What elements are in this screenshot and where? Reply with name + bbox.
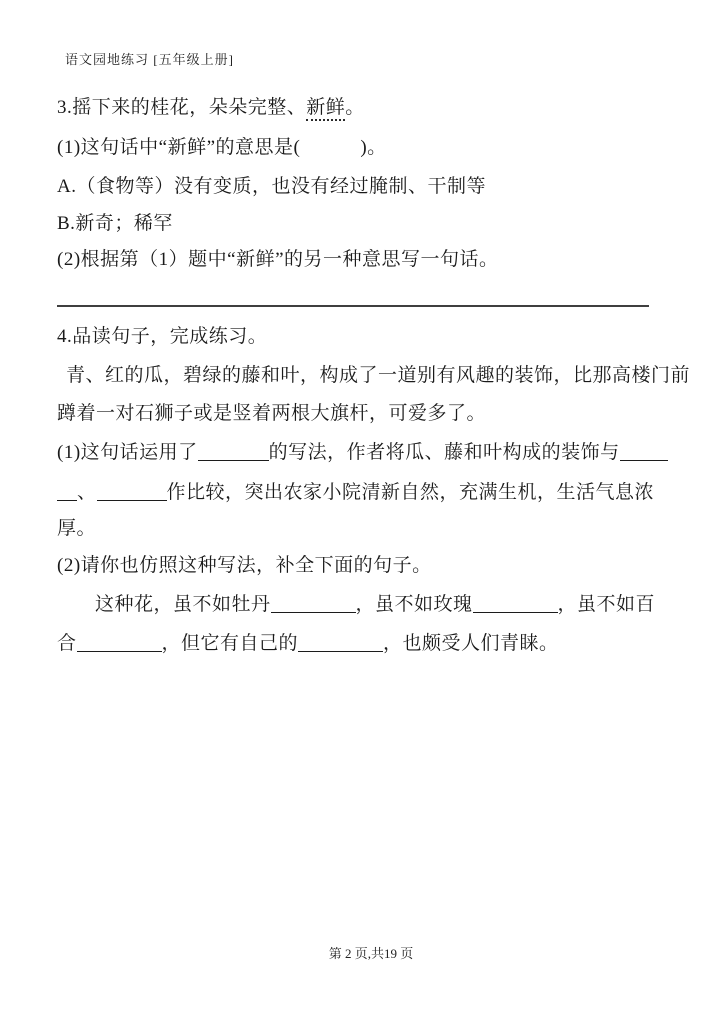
q4-sub2-text2: ，虽不如玫瑰 xyxy=(356,594,473,615)
answer-blank xyxy=(77,632,162,652)
q4-sub2-line1: 这种花，虽不如牡丹，虽不如玫瑰，虽不如百 xyxy=(95,592,655,618)
header-title: 语文园地练习 [五年级上册] xyxy=(65,52,234,67)
q3-stem-emphasized-word: 新鲜 xyxy=(306,97,345,121)
q4-quote-line1: 青、红的瓜，碧绿的藤和叶，构成了一道别有风趣的装饰，比那高楼门前 xyxy=(66,363,690,389)
worksheet-page: 语文园地练习 [五年级上册] 3.摇下来的桂花，朵朵完整、新鲜。 (1)这句话中… xyxy=(0,0,724,1024)
q3-stem-text: 3.摇下来的桂花，朵朵完整、 xyxy=(57,97,306,118)
answer-blank xyxy=(271,593,356,613)
q4-quote-line2: 蹲着一对石狮子或是竖着两根大旗杆，可爱多了。 xyxy=(57,401,486,427)
q4-sub2-intro: (2)请你也仿照这种写法，补全下面的句子。 xyxy=(57,553,432,579)
q4-sub2-intro-text: (2)请你也仿照这种写法，补全下面的句子。 xyxy=(57,555,432,576)
answer-paren-gap xyxy=(300,134,360,153)
q3-stem-period: 。 xyxy=(345,97,365,118)
q4-sub1-line3: 厚。 xyxy=(57,516,96,542)
answer-blank xyxy=(298,632,383,652)
q4-sub1-text2: 的写法，作者将瓜、藤和叶构成的装饰与 xyxy=(269,442,620,463)
q4-sub1-text1: (1)这句话运用了 xyxy=(57,442,198,463)
q4-sub1-line1: (1)这句话运用了的写法，作者将瓜、藤和叶构成的装饰与 xyxy=(57,440,668,466)
page-footer: 第 2 页,共19 页 xyxy=(18,943,724,962)
q3-sub2-text: (2)根据第（1）题中“新鲜”的另一种意思写一句话。 xyxy=(57,249,499,270)
option-b-text: B.新奇；稀罕 xyxy=(57,213,173,234)
q4-sub2-line2: 合，但它有自己的，也颇受人们青睐。 xyxy=(57,631,559,657)
q3-stem: 3.摇下来的桂花，朵朵完整、新鲜。 xyxy=(57,95,365,121)
q4-sub2-text1: 这种花，虽不如牡丹 xyxy=(95,594,271,615)
answer-line xyxy=(57,305,649,307)
answer-blank xyxy=(620,441,668,461)
q4-sub2-text6: ，也颇受人们青睐。 xyxy=(383,633,559,654)
q4-stem-text: 4.品读句子，完成练习。 xyxy=(57,326,267,347)
q3-option-b: B.新奇；稀罕 xyxy=(57,211,173,237)
q4-sub1-text4: 作比较，突出农家小院清新自然，充满生机，生活气息浓 xyxy=(167,482,655,503)
q4-sub2-text4: 合 xyxy=(57,633,77,654)
q4-sub1-text5: 厚。 xyxy=(57,518,96,539)
q3-sub1: (1)这句话中“新鲜”的意思是()。 xyxy=(57,134,387,161)
q4-sub1-text3: 、 xyxy=(77,482,97,503)
q3-sub1-text: (1)这句话中“新鲜”的意思是( xyxy=(57,137,300,158)
option-a-text: A.（食物等）没有变质，也没有经过腌制、干制等 xyxy=(57,176,486,197)
page-number: 第 2 页,共19 页 xyxy=(329,946,414,961)
q3-sub2: (2)根据第（1）题中“新鲜”的另一种意思写一句话。 xyxy=(57,247,499,273)
answer-blank xyxy=(97,481,167,501)
q4-stem: 4.品读句子，完成练习。 xyxy=(57,324,267,350)
q4-sub1-line2: 、作比较，突出农家小院清新自然，充满生机，生活气息浓 xyxy=(57,480,654,506)
q4-sub2-text5: ，但它有自己的 xyxy=(162,633,299,654)
q4-quote-line2-text: 蹲着一对石狮子或是竖着两根大旗杆，可爱多了。 xyxy=(57,403,486,424)
q3-option-a: A.（食物等）没有变质，也没有经过腌制、干制等 xyxy=(57,174,486,200)
answer-blank xyxy=(57,481,77,501)
document-header: 语文园地练习 [五年级上册] xyxy=(65,49,234,68)
q3-sub1-close: )。 xyxy=(360,137,386,158)
answer-blank xyxy=(473,593,558,613)
answer-blank xyxy=(198,441,269,461)
q4-sub2-text3: ，虽不如百 xyxy=(558,594,656,615)
q4-quote-line1-text: 青、红的瓜，碧绿的藤和叶，构成了一道别有风趣的装饰，比那高楼门前 xyxy=(66,365,690,386)
